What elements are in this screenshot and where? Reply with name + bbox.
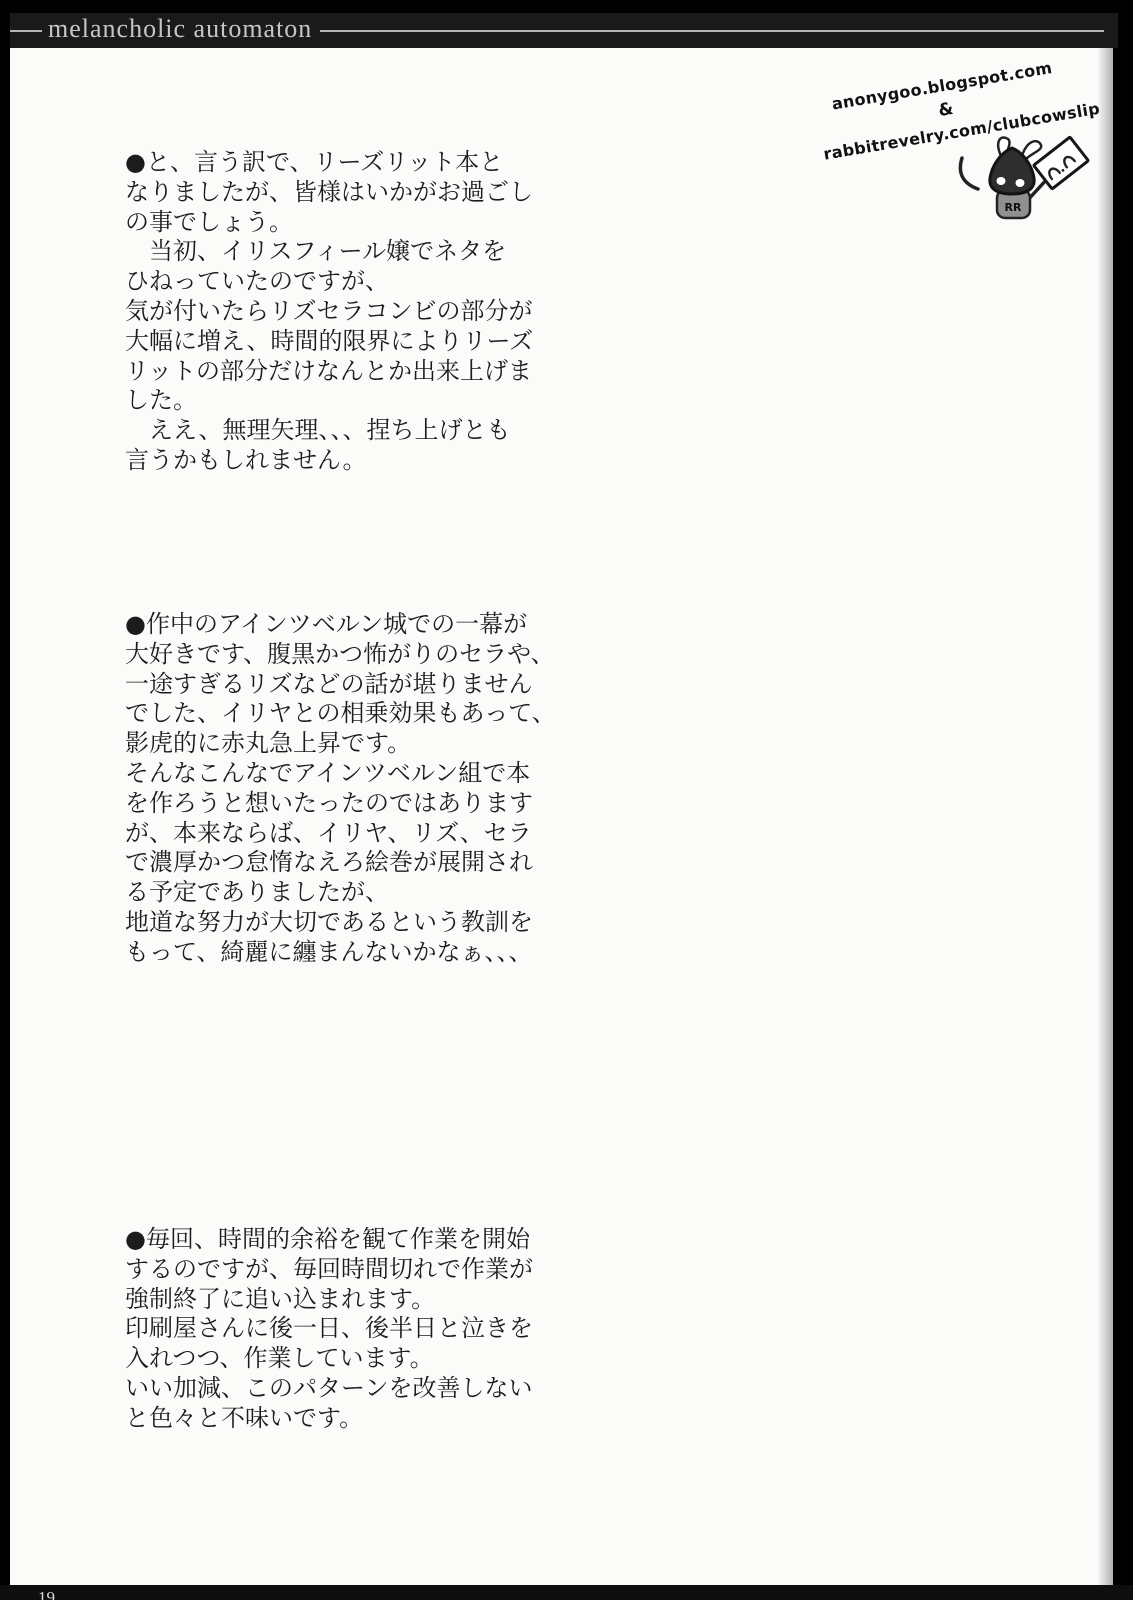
header-bar: melancholic automaton <box>10 13 1118 48</box>
mascot-eye-right <box>1016 179 1025 187</box>
mascot-rr-label: RR <box>1005 201 1022 214</box>
header-rule-left <box>10 30 42 32</box>
swoosh-line <box>960 158 978 189</box>
page-body: anonygoo.blogspot.com & rabbitrevelry.co… <box>10 48 1113 1585</box>
page-number: 19 <box>38 1589 1133 1600</box>
afterword-paragraph-1: ●と、言う訳で、リーズリット本と なりましたが、皆様はいかがお過ごし の事でしょ… <box>125 148 575 476</box>
mascot-eye-left <box>997 177 1006 185</box>
afterword-paragraph-2: ●作中のアインツベルン城での一幕が 大好きです、腹黒かつ怖がりのセラや、 一途す… <box>125 610 575 968</box>
scan-shadow-right <box>1097 48 1113 1585</box>
header-rule-right <box>320 30 1104 32</box>
scanned-page: melancholic automaton anonygoo.blogspot.… <box>0 0 1133 1600</box>
afterword-paragraph-3: ●毎回、時間的余裕を観て作業を開始 するのですが、毎回時間切れで作業が 強制終了… <box>125 1225 575 1434</box>
footer-bar: 19 <box>0 1585 1133 1600</box>
page-title: melancholic automaton <box>48 14 312 44</box>
rabbit-robot-mascot-drawing: RR <box>948 126 1093 234</box>
